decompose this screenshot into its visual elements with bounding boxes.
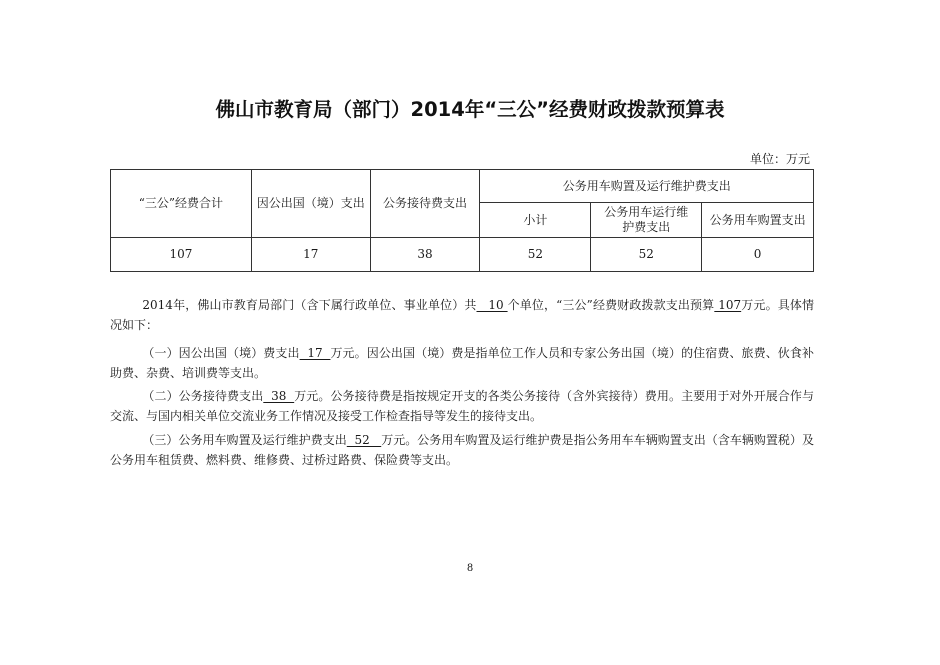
value-reception: 38 [370,238,480,272]
text: （三）公务用车购置及运行维护费支出 [142,433,346,447]
paragraph-vehicle: （三）公务用车购置及运行维护费支出 52 万元。公务用车购置及运行维护费是指公务… [110,430,814,470]
total-amount: 107 [714,298,741,312]
header-vehicle-purchase: 公务用车购置支出 [702,203,814,238]
value-vehicle-operation: 52 [591,238,702,272]
table-row: 107 17 38 52 52 0 [111,238,814,272]
page-title: 佛山市教育局（部门）2014年“三公”经费财政拨款预算表 [0,94,940,122]
paragraph-reception: （二）公务接待费支出 38 万元。公务接待费是指按规定开支的各类公务接待（含外宾… [110,386,814,426]
page-number: 8 [0,563,940,574]
budget-table: “三公”经费合计 因公出国（境）支出 公务接待费支出 公务用车购置及运行维护费支… [110,169,814,272]
unit-label: 单位：万元 [750,150,810,167]
paragraph-overseas: （一）因公出国（境）费支出 17 万元。因公出国（境）费是指单位工作人员和专家公… [110,343,814,383]
text: （一）因公出国（境）费支出 [142,346,299,360]
value-vehicle-subtotal: 52 [480,238,591,272]
paragraph-summary: 2014年，佛山市教育局部门（含下属行政单位、事业单位）共 10 个单位，“三公… [110,295,814,335]
reception-amount: 38 [263,389,294,403]
text: 个单位，“三公”经费财政拨款支出预算 [508,298,715,312]
value-vehicle-purchase: 0 [702,238,814,272]
header-vehicle-operation: 公务用车运行维护费支出 [591,203,702,238]
overseas-amount: 17 [300,346,331,360]
vehicle-amount: 52 [347,433,381,447]
table-header-row: “三公”经费合计 因公出国（境）支出 公务接待费支出 公务用车购置及运行维护费支… [111,170,814,203]
header-overseas: 因公出国（境）支出 [251,170,370,238]
header-vehicle-group: 公务用车购置及运行维护费支出 [480,170,814,203]
unit-count: 10 [477,298,508,312]
header-vehicle-subtotal: 小计 [480,203,591,238]
value-overseas: 17 [251,238,370,272]
header-total: “三公”经费合计 [111,170,252,238]
header-reception: 公务接待费支出 [370,170,480,238]
value-total: 107 [111,238,252,272]
text: 2014年，佛山市教育局部门（含下属行政单位、事业单位）共 [142,298,476,312]
text: （二）公务接待费支出 [142,389,263,403]
